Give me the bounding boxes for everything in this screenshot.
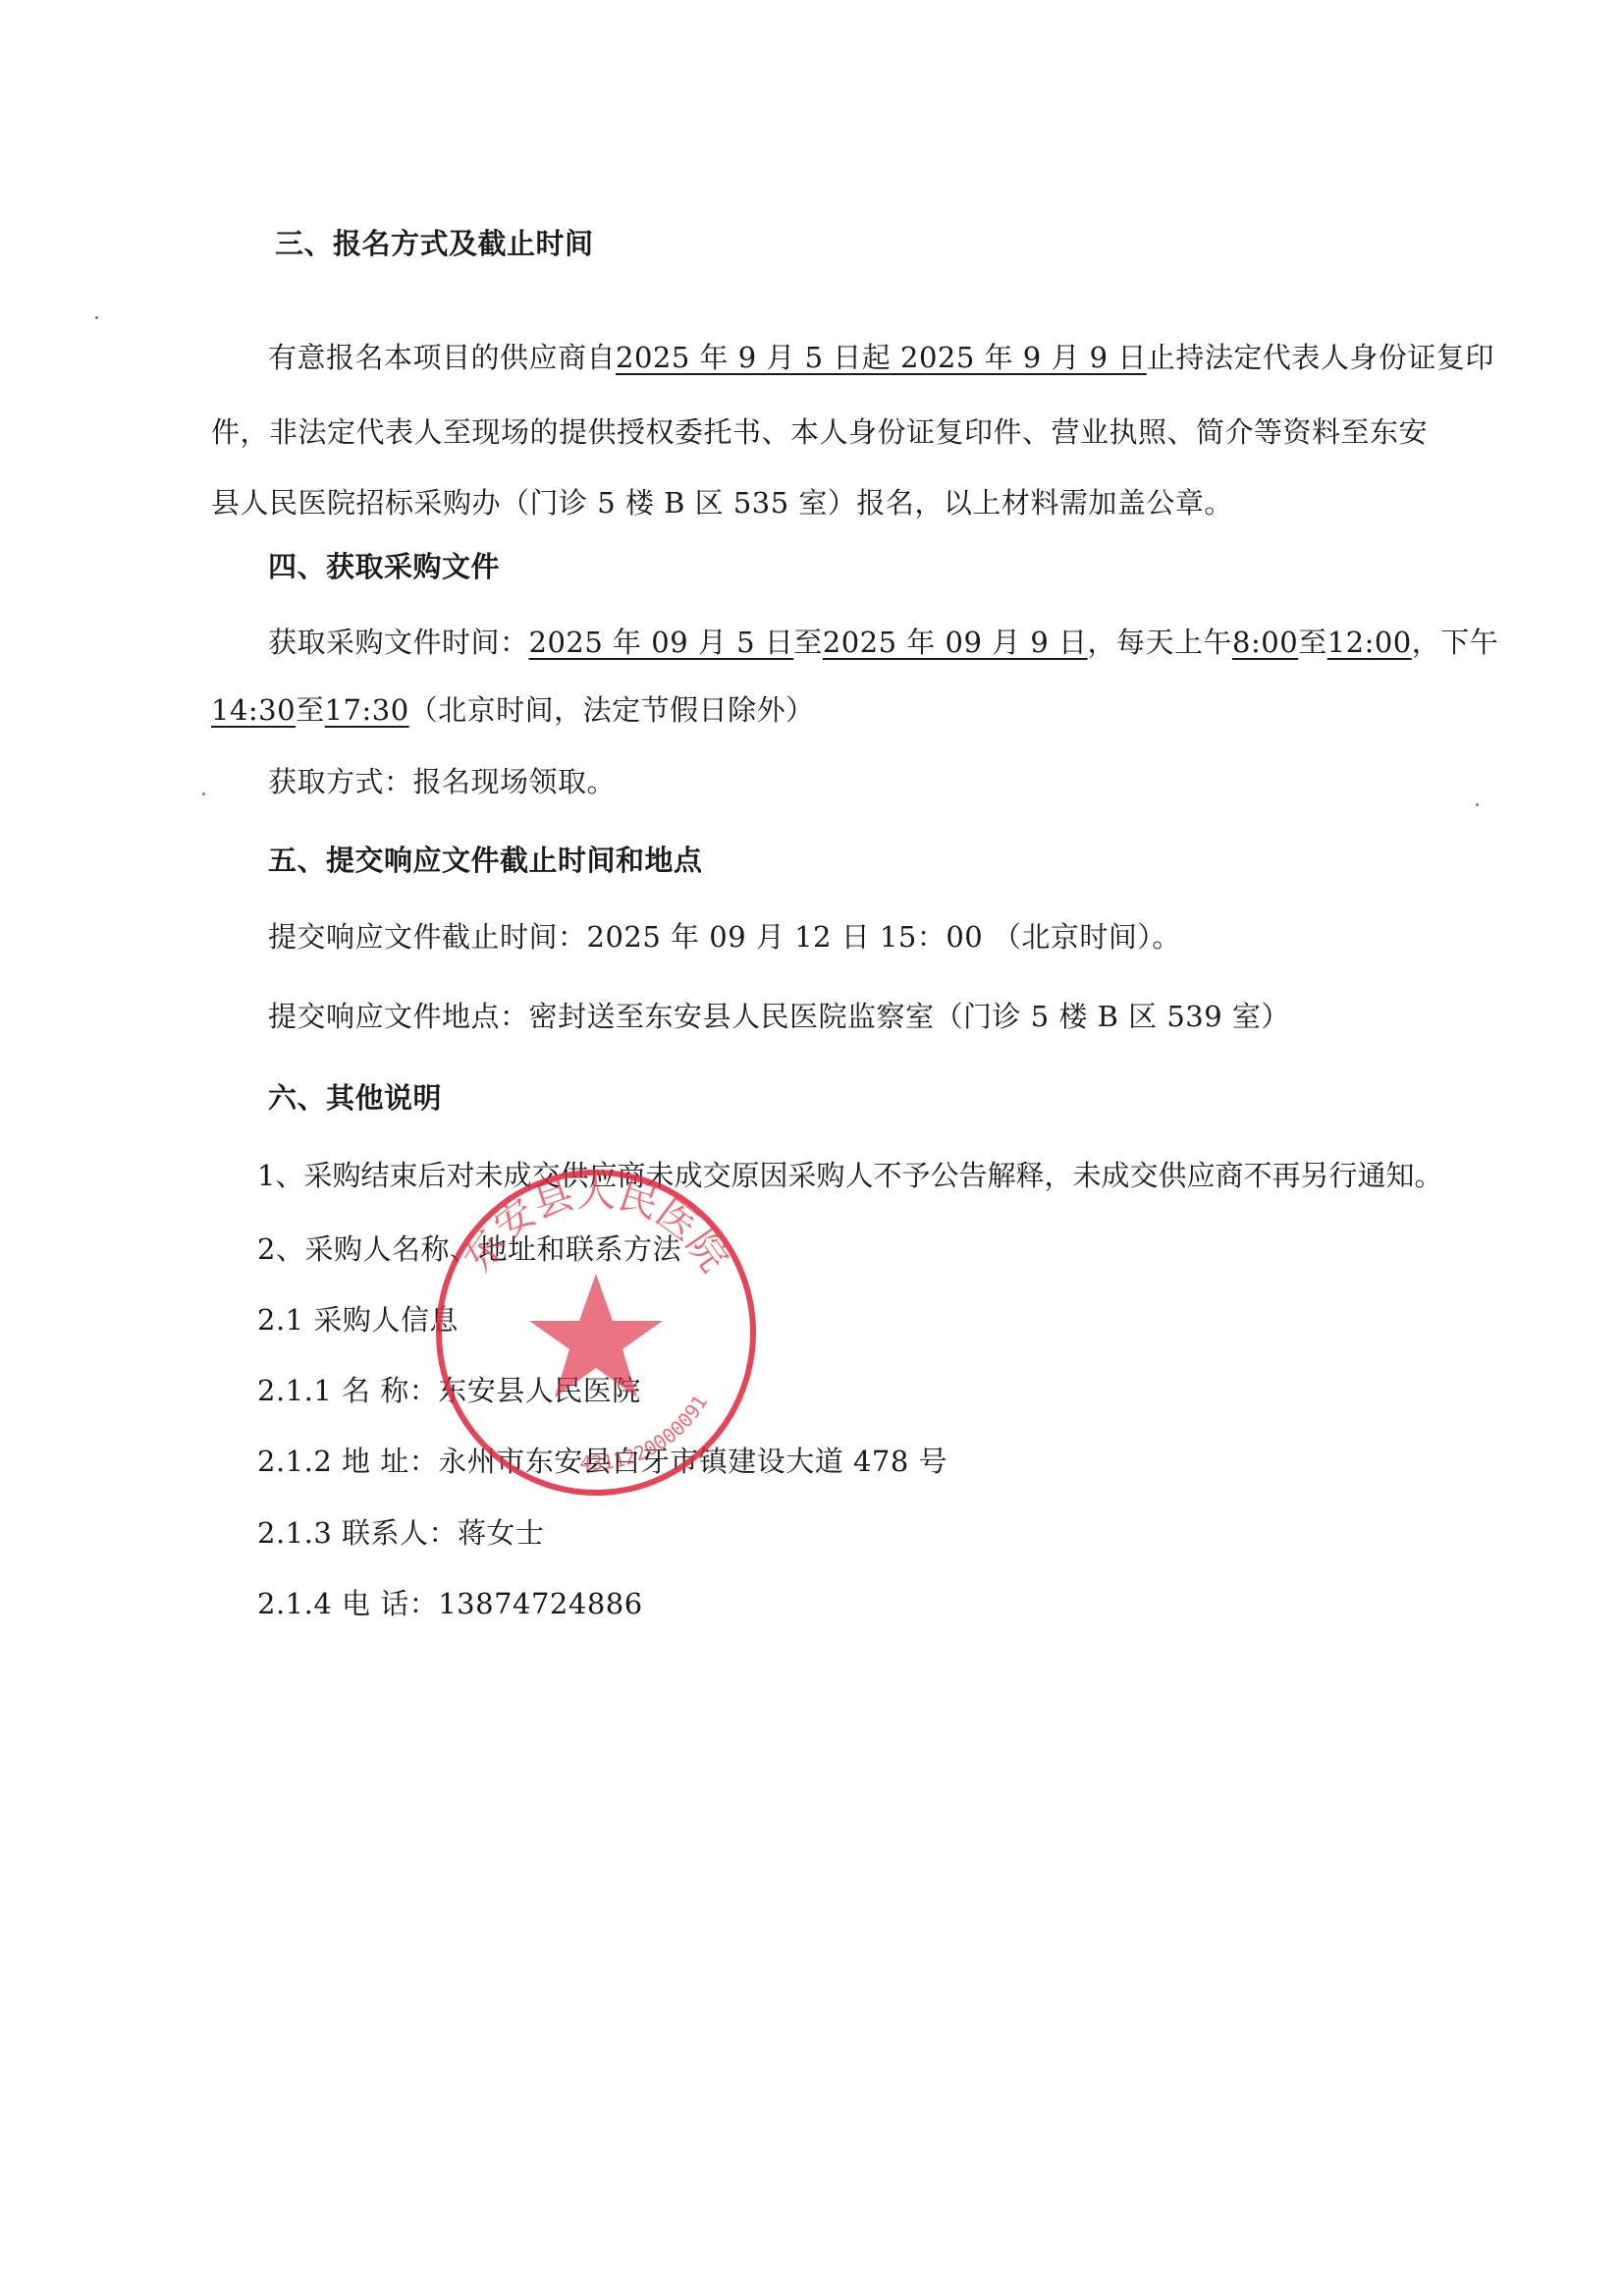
date-start: 2025 年 09 月 5 日 — [529, 626, 794, 659]
text: 至 — [296, 693, 325, 727]
section4-time-line2: 14:30至17:30（北京时间，法定节假日除外） — [211, 690, 815, 730]
date-end: 2025 年 09 月 9 日 — [823, 626, 1088, 659]
scan-speck — [202, 793, 205, 795]
pm-end: 17:30 — [325, 693, 409, 727]
section3-para-line1: 有意报名本项目的供应商自2025 年 9 月 5 日起 2025 年 9 月 9… — [268, 338, 1494, 377]
scan-speck — [1476, 803, 1479, 806]
text: 至 — [793, 626, 823, 659]
section6-item2-1: 2.1 采购人信息 — [257, 1300, 459, 1339]
text: ，下午 — [1412, 626, 1499, 659]
text: 有意报名本项目的供应商自 — [268, 341, 616, 374]
section3-heading: 三、报名方式及截止时间 — [275, 224, 594, 263]
section5-heading: 五、提交响应文件截止时间和地点 — [268, 841, 703, 880]
section5-location: 提交响应文件地点：密封送至东安县人民医院监察室（门诊 5 楼 B 区 539 室… — [268, 997, 1290, 1036]
text: 至 — [1298, 626, 1327, 659]
text: ，每天上午 — [1088, 626, 1233, 659]
section3-para-line3: 县人民医院招标采购办（门诊 5 楼 B 区 535 室）报名，以上材料需加盖公章… — [211, 483, 1233, 522]
section3-para-line2: 件，非法定代表人至现场的提供授权委托书、本人身份证复印件、营业执照、简介等资料至… — [211, 412, 1428, 452]
section5-deadline: 提交响应文件截止时间：2025 年 09 月 12 日 15：00 （北京时间）… — [268, 917, 1181, 957]
text: （北京时间，法定节假日除外） — [409, 693, 815, 727]
purchaser-name: 2.1.1 名 称：东安县人民医院 — [257, 1371, 641, 1410]
section6-heading: 六、其他说明 — [268, 1078, 442, 1118]
am-start: 8:00 — [1232, 626, 1298, 659]
section4-time-line: 获取采购文件时间：2025 年 09 月 5 日至2025 年 09 月 9 日… — [268, 623, 1498, 662]
section4-heading: 四、获取采购文件 — [268, 547, 500, 586]
section4-method: 获取方式：报名现场领取。 — [268, 762, 616, 801]
purchaser-phone: 2.1.4 电 话：13874724886 — [257, 1584, 643, 1623]
am-end: 12:00 — [1327, 626, 1412, 659]
registration-period: 2025 年 9 月 5 日起 2025 年 9 月 9 日 — [616, 341, 1147, 374]
section6-item1: 1、采购结束后对未成交供应商未成交原因采购人不予公告解释，未成交供应商不再另行通… — [257, 1156, 1442, 1195]
text: 止持法定代表人身份证复印 — [1147, 341, 1494, 374]
pm-start: 14:30 — [211, 693, 296, 727]
purchaser-address: 2.1.2 地 址：永州市东安县白牙市镇建设大道 478 号 — [257, 1442, 947, 1481]
scan-speck — [95, 316, 98, 319]
purchaser-contact: 2.1.3 联系人：蒋女士 — [257, 1513, 545, 1553]
text: 获取采购文件时间： — [268, 626, 529, 659]
section6-item2: 2、采购人名称、地址和联系方法 — [257, 1230, 681, 1269]
